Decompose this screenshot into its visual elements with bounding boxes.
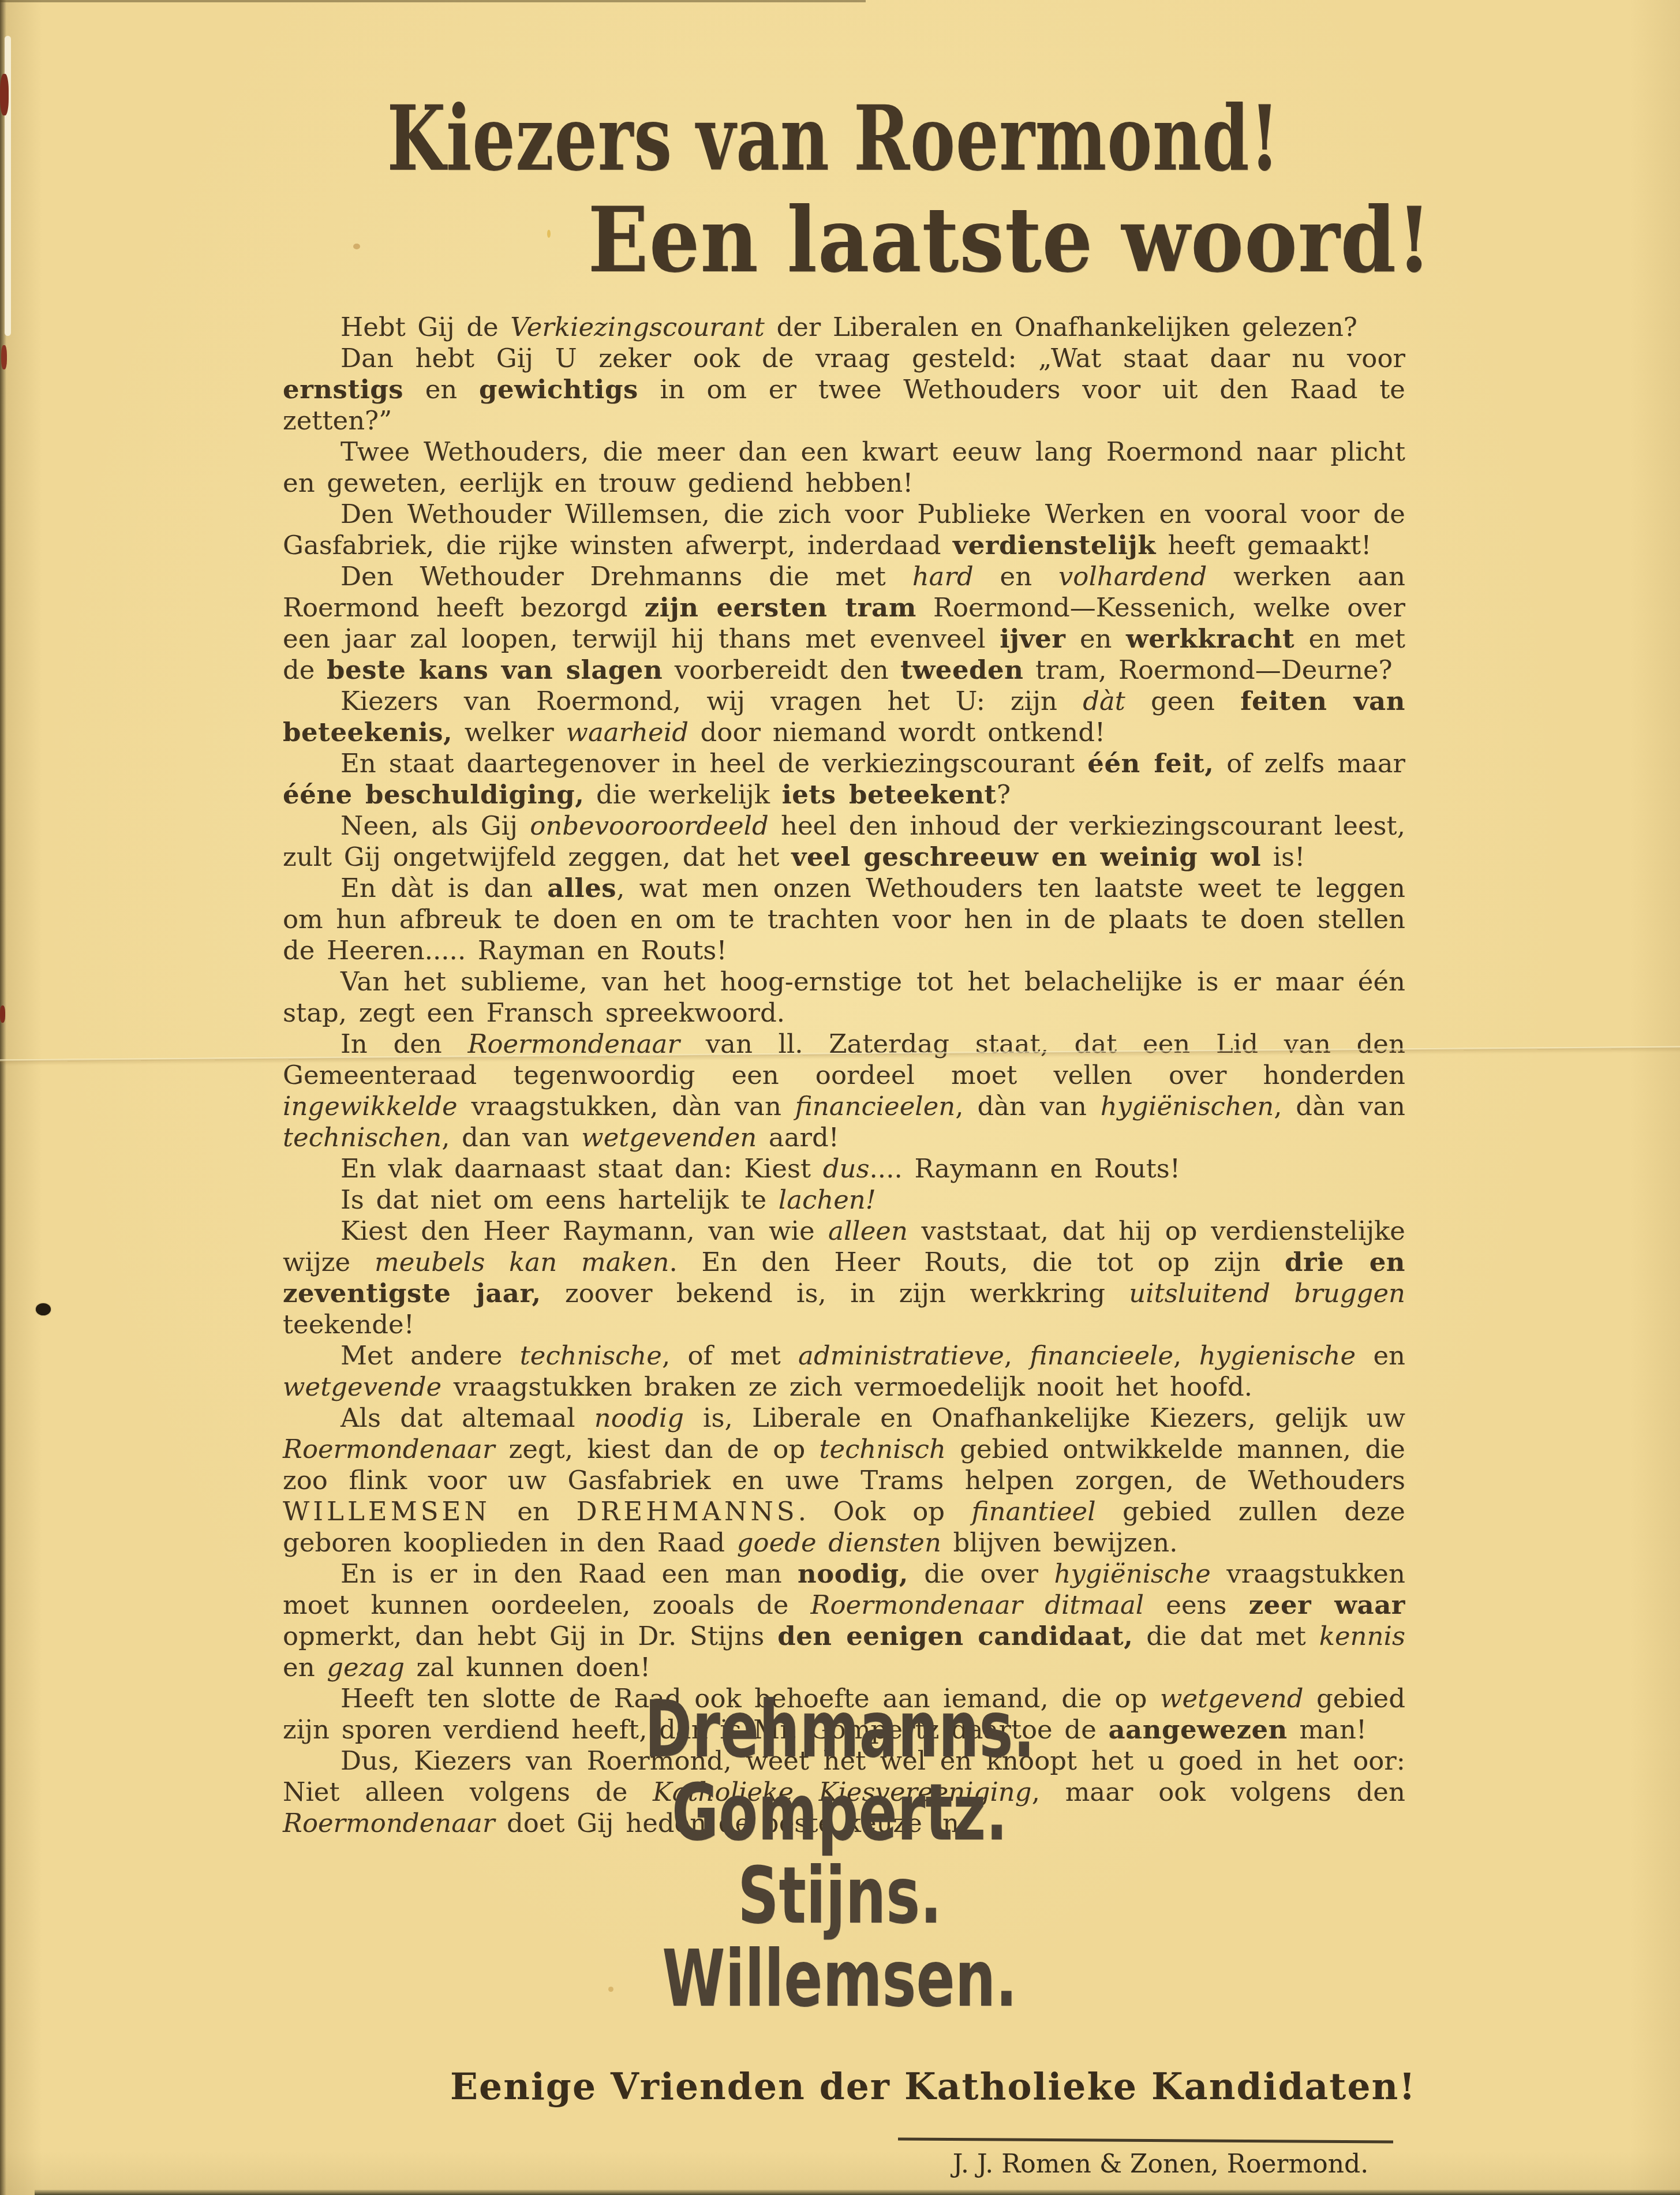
text-segment: hygienische [1199, 1340, 1356, 1371]
text-segment: noodig, [798, 1558, 908, 1589]
text-segment: der Liberalen en Onafhankelijken gelezen… [765, 312, 1357, 342]
printer-credit: J. J. Romen & Zonen, Roermond. [884, 2149, 1438, 2179]
text-segment: iets beteekent [782, 779, 997, 810]
text-segment: en [1066, 623, 1126, 654]
text-segment: ijver [1000, 623, 1065, 654]
text-segment: wetgevenden [581, 1122, 757, 1153]
text-segment: kennis [1319, 1621, 1405, 1651]
text-segment: noodig [594, 1403, 684, 1433]
text-segment: alleen [828, 1216, 908, 1246]
paragraph: Als dat altemaal noodig is, Liberale en … [283, 1403, 1405, 1558]
paragraph: Kiezers van Roermond, wij vragen het U: … [283, 686, 1405, 748]
headline-line1: Kiezers van Roermond! [383, 92, 1284, 186]
text-segment: tram, Roermond—Deurne? [1023, 655, 1392, 685]
text-segment: door niemand wordt ontkend! [689, 717, 1105, 747]
text-segment: WILLEMSEN [283, 1496, 491, 1527]
text-segment: Roermondenaar [283, 1434, 495, 1464]
red-speck [0, 74, 9, 115]
pamphlet-page: Kiezers van Roermond! Een laatste woord!… [0, 0, 1680, 2195]
text-segment: eens [1144, 1590, 1249, 1620]
paragraph: Neen, als Gij onbevooroordeeld heel den … [283, 810, 1405, 873]
text-segment: ingewikkelde [283, 1091, 458, 1121]
text-segment: die over [908, 1558, 1054, 1589]
text-segment: is! [1261, 842, 1305, 872]
text-segment: den eenigen candidaat, [777, 1621, 1133, 1651]
text-segment: , dan van [441, 1122, 581, 1153]
text-segment: en [491, 1496, 577, 1527]
paragraph: En vlak daarnaast staat dan: Kiest dus..… [283, 1153, 1405, 1184]
text-segment: , of met [662, 1340, 798, 1371]
text-segment: hygiënische [1054, 1558, 1211, 1589]
text-segment: technischen [283, 1122, 441, 1153]
text-segment: gezag [327, 1652, 405, 1682]
paragraph: Kiest den Heer Raymann, van wie alleen v… [283, 1216, 1405, 1340]
text-segment: ernstigs [283, 374, 403, 405]
text-segment: financieele [1030, 1340, 1173, 1371]
text-segment: Van het sublieme, van het hoog-ernstige … [283, 966, 1405, 1028]
text-segment: meubels kan maken [375, 1247, 669, 1277]
text-segment: werkkracht [1126, 623, 1294, 654]
text-segment: technische [520, 1340, 662, 1371]
text-segment: zijn eersten tram [645, 592, 916, 623]
text-segment: Is dat niet om eens hartelijk te [341, 1184, 779, 1215]
text-segment: die werkelijk [584, 779, 781, 810]
text-segment: , [1173, 1340, 1199, 1371]
text-segment: Kiest den Heer Raymann, van wie [341, 1216, 828, 1246]
text-segment: die dat met [1133, 1621, 1319, 1651]
candidate-name: Stijns. [403, 1854, 1277, 1939]
text-segment: onbevooroordeeld [530, 810, 769, 841]
text-segment: Kiezers van Roermond, wij vragen het U: … [341, 686, 1083, 716]
text-segment: één feit, [1087, 748, 1214, 779]
candidate-name: Drehmanns. [403, 1688, 1277, 1773]
paragraph: Is dat niet om eens hartelijk te lachen! [283, 1184, 1405, 1216]
text-segment: .... Raymann en Routs! [870, 1153, 1181, 1184]
body-text: Hebt Gij de Verkiezingscourant der Liber… [283, 312, 1405, 1839]
text-segment: , dàn van [1274, 1091, 1405, 1121]
text-segment: of zelfs maar [1214, 748, 1405, 779]
text-segment: Met andere [341, 1340, 520, 1371]
text-segment: en [403, 374, 479, 405]
text-segment: , [1004, 1340, 1030, 1371]
paper-speck [353, 244, 360, 249]
scan-edge-top [0, 0, 866, 2]
scan-edge-bottom [35, 2190, 1680, 2195]
text-segment: ééne beschuldiging, [283, 779, 584, 810]
text-segment: . En den Heer Routs, die tot op zijn [669, 1247, 1285, 1277]
text-segment: voorbereidt den [663, 655, 900, 685]
text-segment: verdienstelijk [953, 530, 1156, 560]
paper-speck [608, 1987, 613, 1992]
text-segment: aard! [757, 1122, 839, 1153]
paragraph: En is er in den Raad een man noodig, die… [283, 1558, 1405, 1683]
text-segment: financieelen [795, 1091, 956, 1121]
paragraph: Dan hebt Gij U zeker ook de vraag gestel… [283, 343, 1405, 436]
text-segment: Verkiezingscourant [510, 312, 764, 342]
text-segment: dàt [1083, 686, 1125, 716]
paragraph: Hebt Gij de Verkiezingscourant der Liber… [283, 312, 1405, 343]
text-segment: is, Liberale en Onafhankelijke Kiezers, … [684, 1403, 1405, 1433]
text-segment: beste kans van slagen [327, 655, 663, 685]
text-segment: En is er in den Raad een man [341, 1558, 798, 1589]
text-segment: Hebt Gij de [341, 312, 510, 342]
text-segment: gewichtigs [479, 374, 638, 405]
text-segment: technisch [819, 1434, 946, 1464]
text-segment: In den [341, 1029, 468, 1059]
text-segment: , dàn van [955, 1091, 1100, 1121]
text-segment: veel geschreeuw en weinig wol [791, 842, 1261, 872]
text-segment: Twee Wethouders, die meer dan een kwart … [283, 436, 1405, 498]
text-segment: welker [452, 717, 566, 747]
text-segment: administratieve [798, 1340, 1004, 1371]
text-segment: en [1356, 1340, 1405, 1371]
text-segment: uitsluitend bruggen [1129, 1278, 1405, 1308]
text-segment: vraagstukken braken ze zich vermoedelijk… [441, 1371, 1252, 1402]
text-segment: Dan hebt Gij U zeker ook de vraag gestel… [341, 343, 1405, 373]
red-speck [0, 1005, 5, 1023]
text-segment: DREHMANNS [576, 1496, 798, 1527]
text-segment: wetgevende [283, 1371, 441, 1402]
text-segment: volhardend [1058, 561, 1207, 592]
text-segment: en [283, 1652, 327, 1682]
ink-dot [36, 1303, 51, 1315]
text-segment: geen [1125, 686, 1240, 716]
paragraph: In den Roermondenaar van ll. Zaterdag st… [283, 1029, 1405, 1153]
text-segment: ? [997, 779, 1011, 810]
text-segment: blijven bewijzen. [941, 1527, 1178, 1558]
text-segment: finantieel [972, 1496, 1096, 1527]
paragraph: Den Wethouder Willemsen, die zich voor P… [283, 499, 1405, 561]
text-segment: En vlak daarnaast staat dan: Kiest [341, 1153, 823, 1184]
text-segment: heeft gemaakt! [1156, 530, 1371, 560]
text-segment: zeer waar [1249, 1590, 1405, 1620]
text-segment: vraagstukken, dàn van [458, 1091, 795, 1121]
text-segment: zegt, kiest dan de op [495, 1434, 819, 1464]
headline-line2: Een laatste woord! [479, 193, 1541, 288]
text-segment: Den Wethouder Drehmanns die met [341, 561, 912, 592]
paragraph: En dàt is dan alles, wat men onzen Wetho… [283, 873, 1405, 966]
paper-speck [547, 230, 551, 238]
red-speck [1, 345, 7, 369]
text-segment: En dàt is dan [341, 873, 547, 903]
paragraph: Met andere technische, of met administra… [283, 1340, 1405, 1403]
text-segment: waarheid [566, 717, 689, 747]
text-segment: En staat daartegenover in heel de verkie… [341, 748, 1087, 779]
paragraph: Den Wethouder Drehmanns die met hard en … [283, 561, 1405, 686]
text-segment: zal kunnen doen! [405, 1652, 650, 1682]
text-segment: hygiënischen [1101, 1091, 1274, 1121]
candidate-name: Gompertz. [403, 1771, 1277, 1856]
text-segment: . Ook op [798, 1496, 972, 1527]
paragraph: Van het sublieme, van het hoog-ernstige … [283, 966, 1405, 1029]
signature-line: Eenige Vrienden der Katholieke Kandidate… [350, 2065, 1516, 2108]
text-segment: lachen! [779, 1184, 876, 1215]
text-segment: dus [823, 1153, 870, 1184]
text-segment: zoover bekend is, in zijn werkkring [541, 1278, 1129, 1308]
text-segment: Roermondenaar ditmaal [811, 1590, 1144, 1620]
text-segment: Neen, als Gij [341, 810, 530, 841]
text-segment: alles [547, 873, 616, 903]
text-segment: teekende! [283, 1309, 414, 1340]
paragraph: Twee Wethouders, die meer dan een kwart … [283, 436, 1405, 499]
text-segment: Als dat altemaal [341, 1403, 594, 1433]
text-segment: en [974, 561, 1058, 592]
text-segment: opmerkt, dan hebt Gij in Dr. Stijns [283, 1621, 777, 1651]
footer-rule [898, 2137, 1393, 2143]
text-segment: goede diensten [737, 1527, 941, 1558]
paragraph: En staat daartegenover in heel de verkie… [283, 748, 1405, 810]
candidate-list: Drehmanns.Gompertz.Stijns.Willemsen. [257, 1688, 1423, 2021]
text-segment: tweeden [900, 655, 1023, 685]
candidate-name: Willemsen. [403, 1937, 1277, 2022]
text-segment: hard [912, 561, 974, 592]
